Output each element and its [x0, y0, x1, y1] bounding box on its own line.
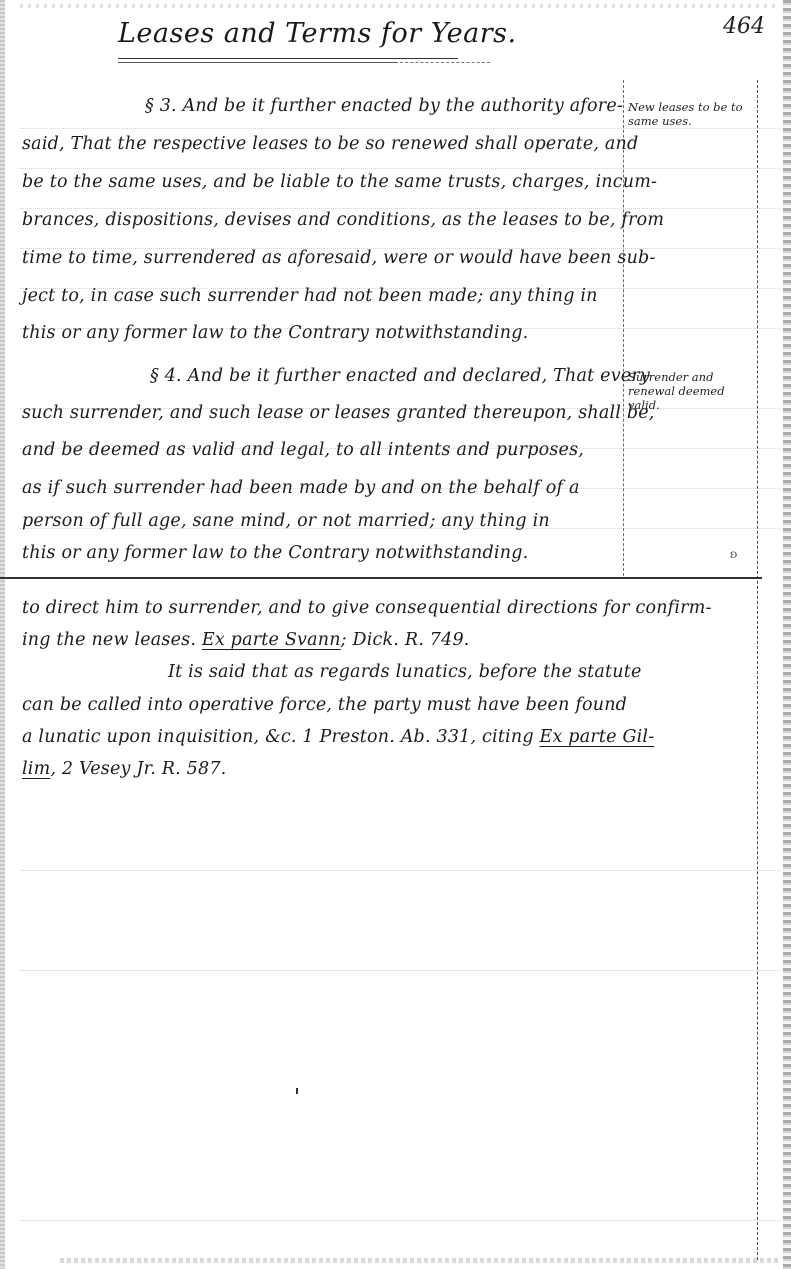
- case-citation: lim: [22, 759, 50, 779]
- section-3-line: time to time, surrendered as aforesaid, …: [22, 248, 622, 268]
- section-4-line: such surrender, and such lease or leases…: [22, 403, 622, 423]
- section-4-line: and be deemed as valid and legal, to all…: [22, 440, 622, 460]
- footnote-line: can be called into operative force, the …: [22, 695, 762, 715]
- page-ruling: [20, 128, 780, 129]
- title-underline: [118, 58, 458, 59]
- footnote-line: a lunatic upon inquisition, &c. 1 Presto…: [22, 727, 762, 747]
- scan-edge-right: [783, 0, 791, 1269]
- margin-rule-inner: [623, 80, 624, 576]
- page-ruling: [20, 970, 780, 971]
- page-ruling: [20, 208, 780, 209]
- footnote-separator-rule: [0, 577, 762, 579]
- section-4-line: as if such surrender had been made by an…: [22, 478, 622, 498]
- footnote-line: It is said that as regards lunatics, bef…: [168, 662, 791, 682]
- scan-noise-top: [20, 4, 780, 8]
- case-citation: Ex parte Gil-: [539, 727, 654, 747]
- section-3-line: said, That the respective leases to be s…: [22, 134, 622, 154]
- stray-mark: [296, 1088, 298, 1094]
- footnote-text: ; Dick. R. 749.: [341, 630, 470, 650]
- page-number: 464: [723, 14, 765, 39]
- section-4-line: person of full age, sane mind, or not ma…: [22, 511, 622, 531]
- title-underline: [118, 62, 398, 63]
- page-ruling: [20, 870, 780, 871]
- section-3-line: ject to, in case such surrender had not …: [22, 286, 622, 306]
- scan-edge-left: [0, 0, 5, 1269]
- section-3-line: be to the same uses, and be liable to th…: [22, 172, 622, 192]
- stray-mark: ʚ: [730, 547, 737, 561]
- footnote-text: ing the new leases.: [22, 630, 202, 650]
- footnote-text: , 2 Vesey Jr. R. 587.: [50, 759, 226, 779]
- margin-note-section-4: Surrender and renewal deemed valid.: [628, 370, 754, 412]
- footnote-line: to direct him to surrender, and to give …: [22, 598, 762, 618]
- section-3-line: this or any former law to the Contrary n…: [22, 323, 622, 343]
- page-ruling: [20, 1220, 780, 1221]
- title-underline-tail: [400, 62, 490, 63]
- scan-noise-bottom: [60, 1258, 780, 1263]
- section-4-line: this or any former law to the Contrary n…: [22, 543, 622, 563]
- case-citation: Ex parte Svann: [202, 630, 341, 650]
- section-3-line: brances, dispositions, devises and condi…: [22, 210, 622, 230]
- footnote-line: lim, 2 Vesey Jr. R. 587.: [22, 759, 762, 779]
- page-ruling: [20, 168, 780, 169]
- page-title: Leases and Terms for Years.: [118, 18, 517, 49]
- footnote-line: ing the new leases. Ex parte Svann; Dick…: [22, 630, 762, 650]
- margin-note-section-3: New leases to be to same uses.: [628, 100, 754, 128]
- footnote-text: a lunatic upon inquisition, &c. 1 Presto…: [22, 727, 539, 747]
